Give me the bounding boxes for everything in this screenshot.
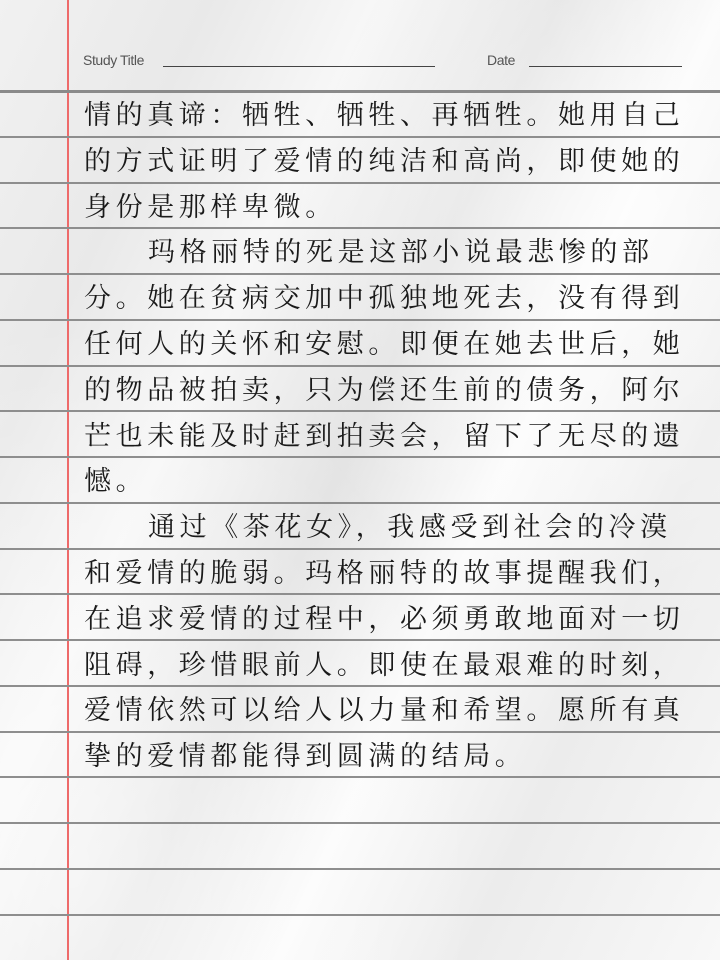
text-line: 憾。 <box>84 459 714 505</box>
text-line: 的方式证明了爱情的纯洁和高尚，即使她的 <box>84 139 714 185</box>
study-title-field[interactable] <box>163 66 435 67</box>
red-margin-line <box>67 0 69 960</box>
rule-line <box>0 914 720 916</box>
text-line: 和爱情的脆弱。玛格丽特的故事提醒我们， <box>84 551 714 597</box>
study-title-label: Study Title <box>83 52 144 68</box>
rule-line <box>0 822 720 824</box>
handwritten-text: 情的真谛：牺牲、牺牲、再牺牲。她用自己 的方式证明了爱情的纯洁和高尚，即使她的 … <box>84 91 714 778</box>
text-line: 情的真谛：牺牲、牺牲、再牺牲。她用自己 <box>84 93 714 139</box>
text-line: 挚的爱情都能得到圆满的结局。 <box>84 734 714 780</box>
text-line: 的物品被拍卖，只为偿还生前的债务，阿尔 <box>84 368 714 414</box>
page-header: Study Title Date <box>83 52 703 72</box>
date-label: Date <box>487 52 515 68</box>
text-line: 分。她在贫病交加中孤独地死去，没有得到 <box>84 276 714 322</box>
paragraph-start-line: 玛格丽特的死是这部小说最悲惨的部 <box>84 230 714 276</box>
text-line: 任何人的关怀和安慰。即便在她去世后，她 <box>84 322 714 368</box>
text-line: 身份是那样卑微。 <box>84 185 714 231</box>
date-field[interactable] <box>529 66 682 67</box>
text-line: 阻碍，珍惜眼前人。即使在最艰难的时刻， <box>84 643 714 689</box>
text-line: 芒也未能及时赶到拍卖会，留下了无尽的遗 <box>84 414 714 460</box>
rule-line <box>0 868 720 870</box>
paragraph-start-line: 通过《茶花女》，我感受到社会的冷漠 <box>84 505 714 551</box>
text-line: 爱情依然可以给人以力量和希望。愿所有真 <box>84 688 714 734</box>
text-line: 在追求爱情的过程中，必须勇敢地面对一切 <box>84 597 714 643</box>
